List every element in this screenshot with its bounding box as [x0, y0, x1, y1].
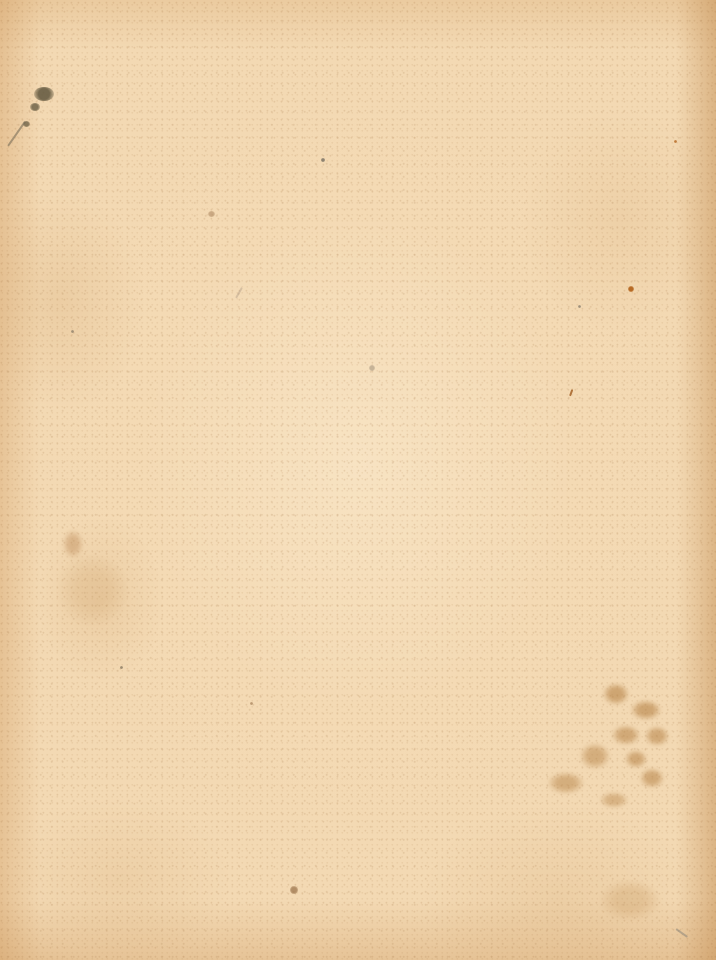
ink-blot-top-left	[34, 87, 54, 101]
ink-blot-top-left-2	[30, 103, 40, 111]
speck-mid-right	[578, 305, 581, 308]
faint-stain-bottom-right	[600, 880, 660, 920]
speck-bottom-center	[290, 886, 298, 894]
speck-mid	[369, 365, 375, 371]
rust-dot-right	[628, 286, 634, 292]
speck-right-upper	[674, 140, 677, 143]
water-stain-left-halo	[58, 555, 128, 625]
finger-stain-6	[625, 750, 647, 768]
finger-stain-9	[600, 792, 628, 808]
finger-stain-1	[603, 683, 629, 705]
paper-mottle-texture	[0, 0, 716, 960]
finger-stain-3	[612, 725, 640, 745]
scratch-upper-mid	[235, 287, 243, 298]
aged-paper-background	[0, 0, 716, 960]
speck-left-mid	[71, 330, 74, 333]
scratch-right-mid	[569, 389, 573, 396]
ink-blot-top-left-3	[23, 121, 30, 127]
water-stain-left	[63, 530, 83, 558]
ink-trail-top-left	[7, 121, 26, 147]
paper-speckle-texture	[0, 0, 716, 960]
finger-stain-4	[645, 726, 669, 746]
speck-bottom-left	[120, 666, 123, 669]
finger-stain-8	[640, 768, 664, 788]
scratch-bottom-right	[675, 928, 688, 938]
speck-upper-left	[208, 211, 215, 217]
speck-lower-mid	[250, 702, 253, 705]
finger-stain-7	[548, 772, 584, 794]
speck-upper-mid	[321, 158, 325, 162]
finger-stain-5	[580, 743, 610, 769]
finger-stain-2	[631, 700, 661, 720]
